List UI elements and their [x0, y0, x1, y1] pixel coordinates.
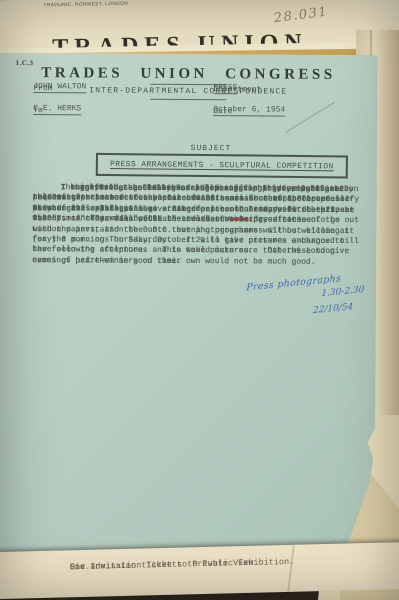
letterhead-small-print: TRADUNIC, NORWEST, LONDON [43, 1, 128, 8]
memo-body: I think we can get the best publicity fo… [33, 183, 364, 185]
to-value: C.E. HERKS [33, 104, 81, 115]
subtitle-rule-bottom [150, 99, 226, 100]
pencil-catalog-number: 28.031 [273, 5, 329, 27]
to-row: To C.E. HERKS [33, 115, 209, 116]
handwritten-ink-note: Press photographs 1.30-2.30 22/10/54 [246, 269, 384, 334]
scanned-memo-photo: TRADUNIC, NORWEST, LONDON TRADES UNION 2… [0, 0, 399, 600]
memo-sheet: 1.C.3 TRADES UNION CONGRESS INTER-DEPART… [0, 53, 378, 565]
scratch-mark [285, 102, 335, 133]
enclosure-line-2: Six Invitation Tickets to Public Exhibit… [70, 557, 295, 573]
date-value: October 6, 1954 [213, 105, 285, 116]
enclosure-slip: Enc. One admission ticket to Private Vie… [0, 542, 399, 599]
from-value: JOHN WALTON [33, 82, 86, 93]
subject-label: SUBJECT [0, 143, 377, 154]
department-value: PRESS [213, 83, 237, 94]
ink-note-date: 22/10/54 [313, 302, 354, 316]
slip-crease-line [287, 545, 294, 592]
paragraph-6: I suggest that both the assessors and th… [33, 183, 364, 216]
ink-note-time: 1.30-2.30 [321, 285, 364, 299]
subject-box: PRESS ARRANGEMENTS - SCULPTURAL COMPETIT… [96, 153, 348, 179]
subject-value: PRESS ARRANGEMENTS - SCULPTURAL COMPETIT… [110, 160, 334, 171]
date-row: Date October 6, 1954 [213, 116, 351, 117]
